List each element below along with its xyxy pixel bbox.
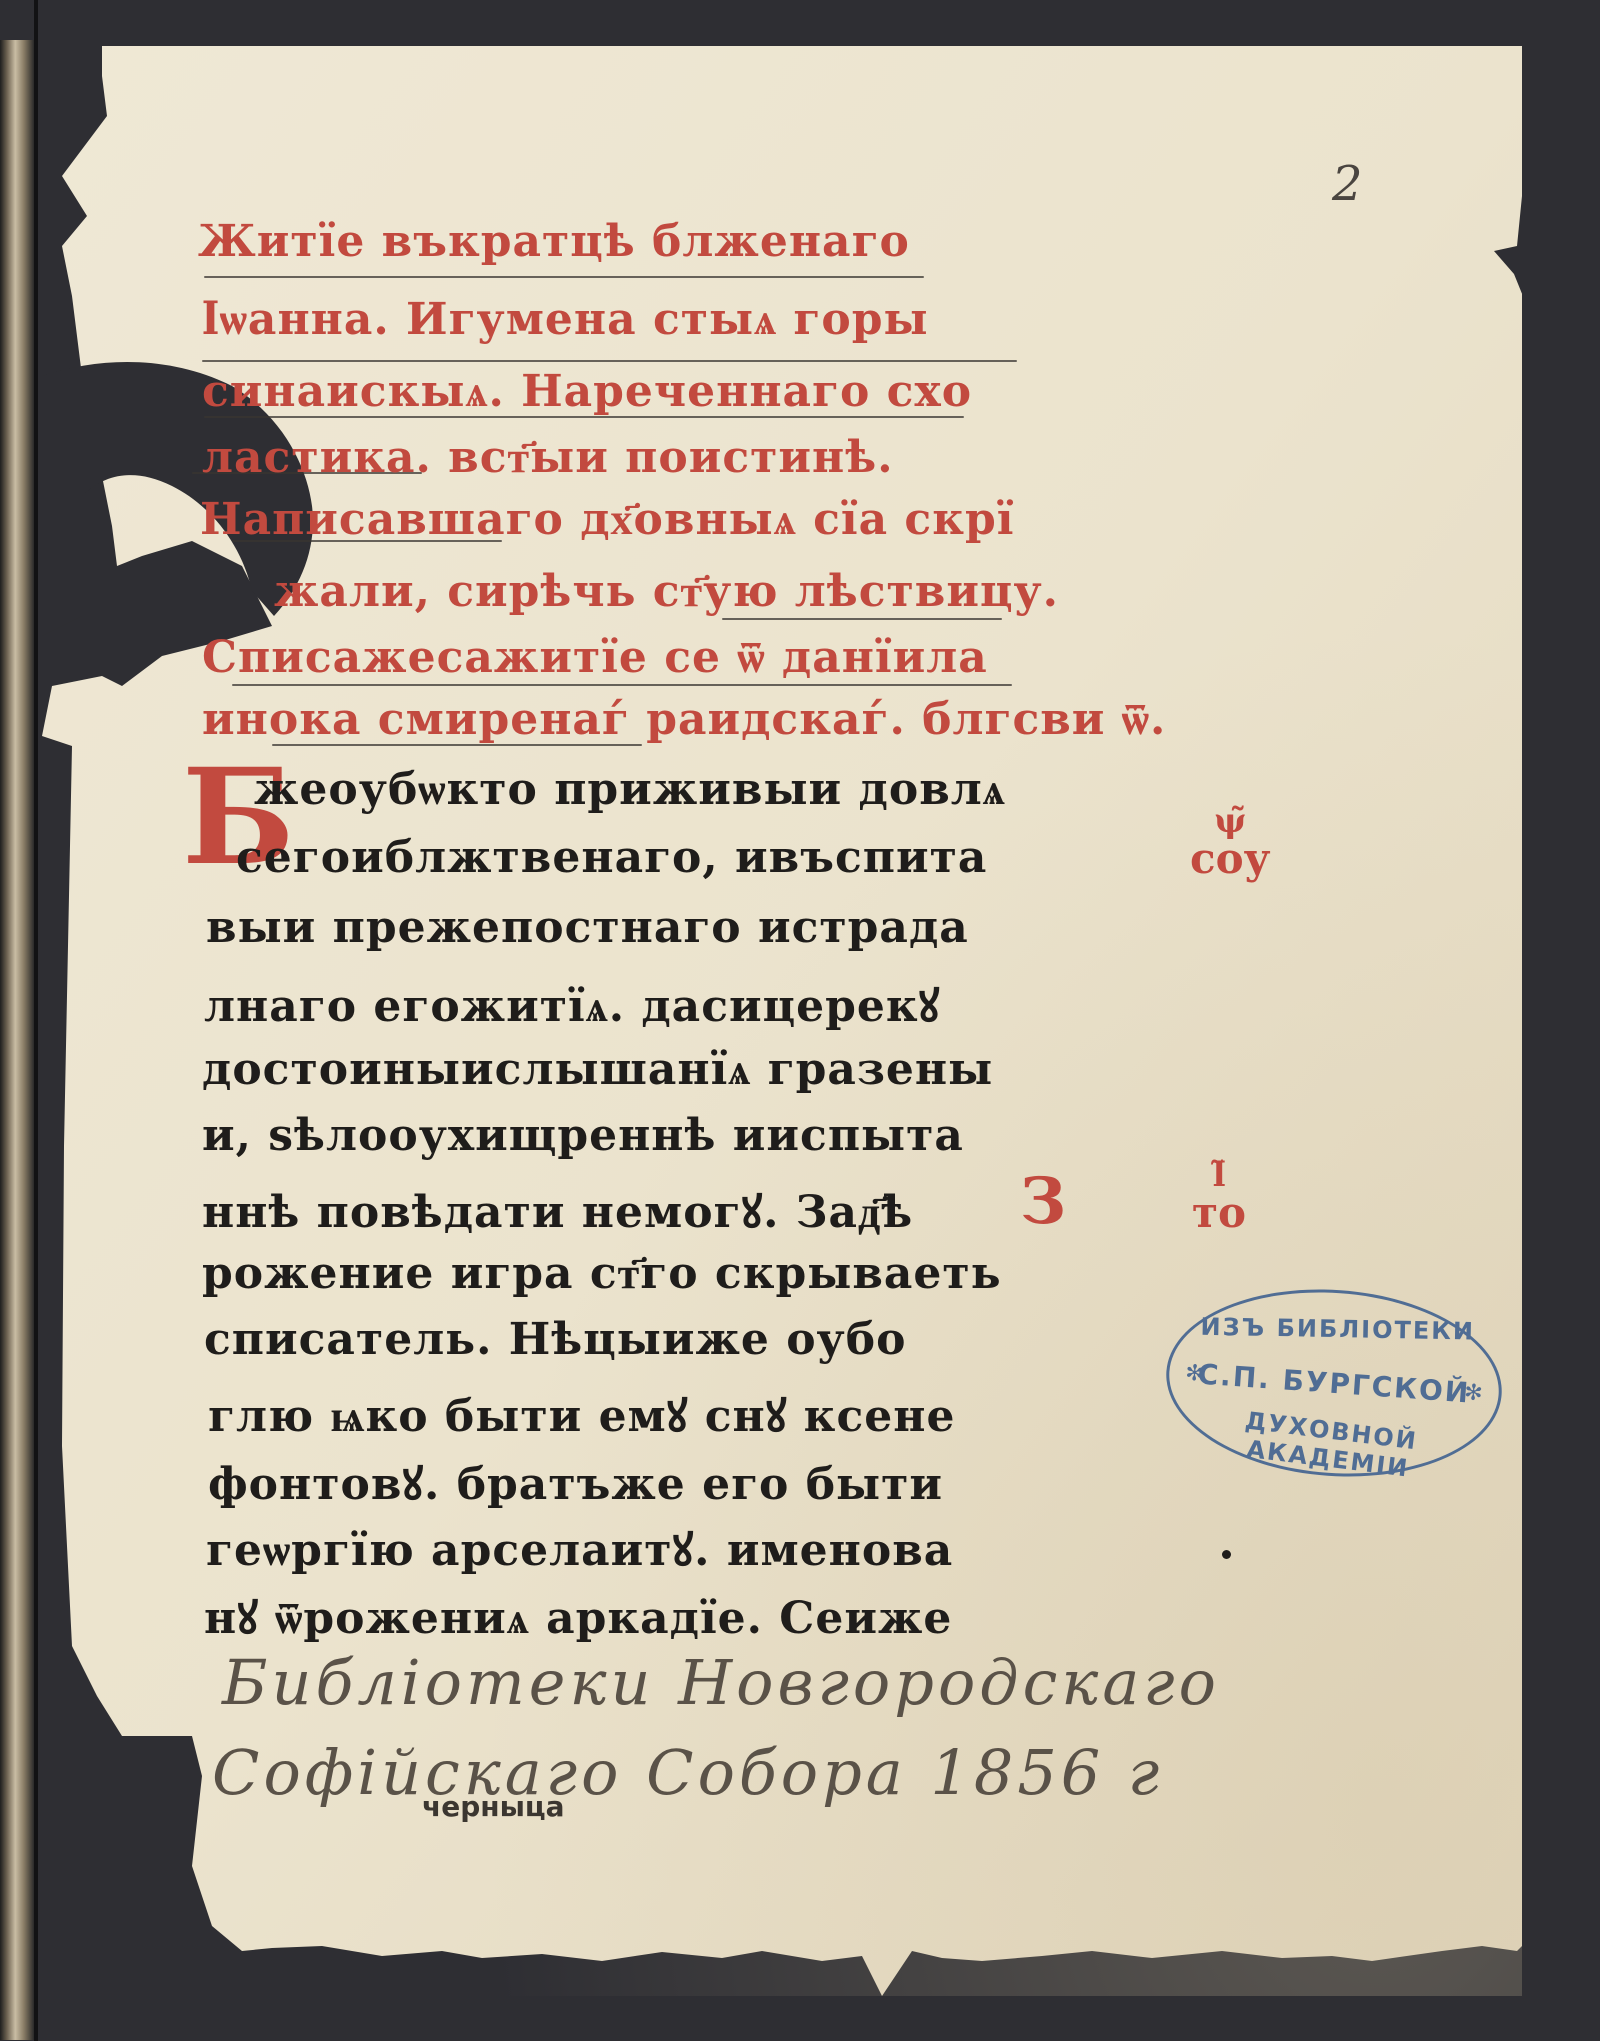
folio-number: 2	[1332, 156, 1363, 212]
provenance-line-2: Софiйскаго Собора 1856 г	[212, 1736, 1163, 1809]
text-line: нꙋ ѿрожениѧ аркадїе. Сеиже	[204, 1586, 952, 1646]
text-line: геѡргїю арселаитꙋ. именова	[206, 1518, 953, 1578]
rubric-line: жали, сирѣчь ст҃ую лѣствицу.	[274, 566, 1059, 617]
text-line: сегоиблжтвенаго, ивъспита	[236, 832, 987, 883]
margin-note: ӏ̃ то	[1192, 1158, 1246, 1234]
stamp-top-line: ИЗЪ БИБЛIОТЕКИ	[1173, 1312, 1503, 1346]
ink-dot	[1222, 1550, 1231, 1559]
text-line: списатель. Нѣцыиже оубо	[204, 1314, 906, 1365]
margin-note-text: соу	[1190, 834, 1270, 883]
inline-rubric-initial: З	[1020, 1164, 1067, 1239]
rubric-line: синаискыѧ. Нареченнаго схо	[202, 366, 972, 417]
text-line: рожение игра ст҃го скрываеть	[202, 1248, 1002, 1299]
ruling-line	[202, 360, 1017, 362]
rubric-line: ӏѡанна. Игумена стыѧ горы	[202, 294, 929, 345]
ruling-line	[232, 684, 1012, 686]
text-line: и, ѕѣлооухищреннѣ ииспыта	[202, 1110, 964, 1161]
text-line: глю ѩко быти емꙋ снꙋ ксене	[208, 1384, 955, 1444]
provenance-line-1: Библiотеки Новгородскаго	[222, 1646, 1220, 1719]
manuscript-page: 2 Житїе въкратцѣ блженаго ӏѡанна. Игумен…	[42, 46, 1522, 1996]
stamp-ornament-icon: ✻	[1463, 1380, 1483, 1406]
margin-note-superscript: ӏ̃	[1192, 1158, 1246, 1192]
text-line: лнаго егожитїѧ. дасицерекꙋ	[204, 974, 940, 1034]
rubric-line: Житїе въкратцѣ блженаго	[198, 216, 910, 267]
ruling-line	[204, 276, 924, 278]
text-line: фонтовꙋ. братъже его быти	[208, 1452, 943, 1512]
rubric-line: инока смиренаѓ раидскаѓ. блгсви ѿ.	[202, 694, 1166, 745]
spine-edge	[34, 0, 38, 2041]
text-line: достоиныислышанїѧ гразены	[202, 1044, 993, 1095]
margin-note: ψ̃ соу	[1190, 804, 1270, 880]
text-line: ннѣ повѣдати немогꙋ. Зад҃ѣ	[202, 1180, 913, 1240]
margin-note-text: то	[1192, 1188, 1246, 1237]
margin-note-superscript: ψ̃	[1190, 804, 1270, 838]
provenance-correction: черныца	[422, 1790, 565, 1823]
rubric-line: Списажесажитїе се ѿ данїила	[202, 632, 988, 683]
ruling-line	[722, 618, 1002, 620]
text-line: жеоубѡкто приживыи довлѧ	[254, 764, 1006, 815]
rubric-line: ластика. вст҃ыи поистинѣ.	[202, 432, 894, 483]
text-line: выи прежепостнаго истрада	[206, 902, 969, 953]
rubric-line: Написавшаго дх҃овныѧ сїа скрї	[200, 494, 1014, 545]
book-spine	[0, 40, 34, 2040]
